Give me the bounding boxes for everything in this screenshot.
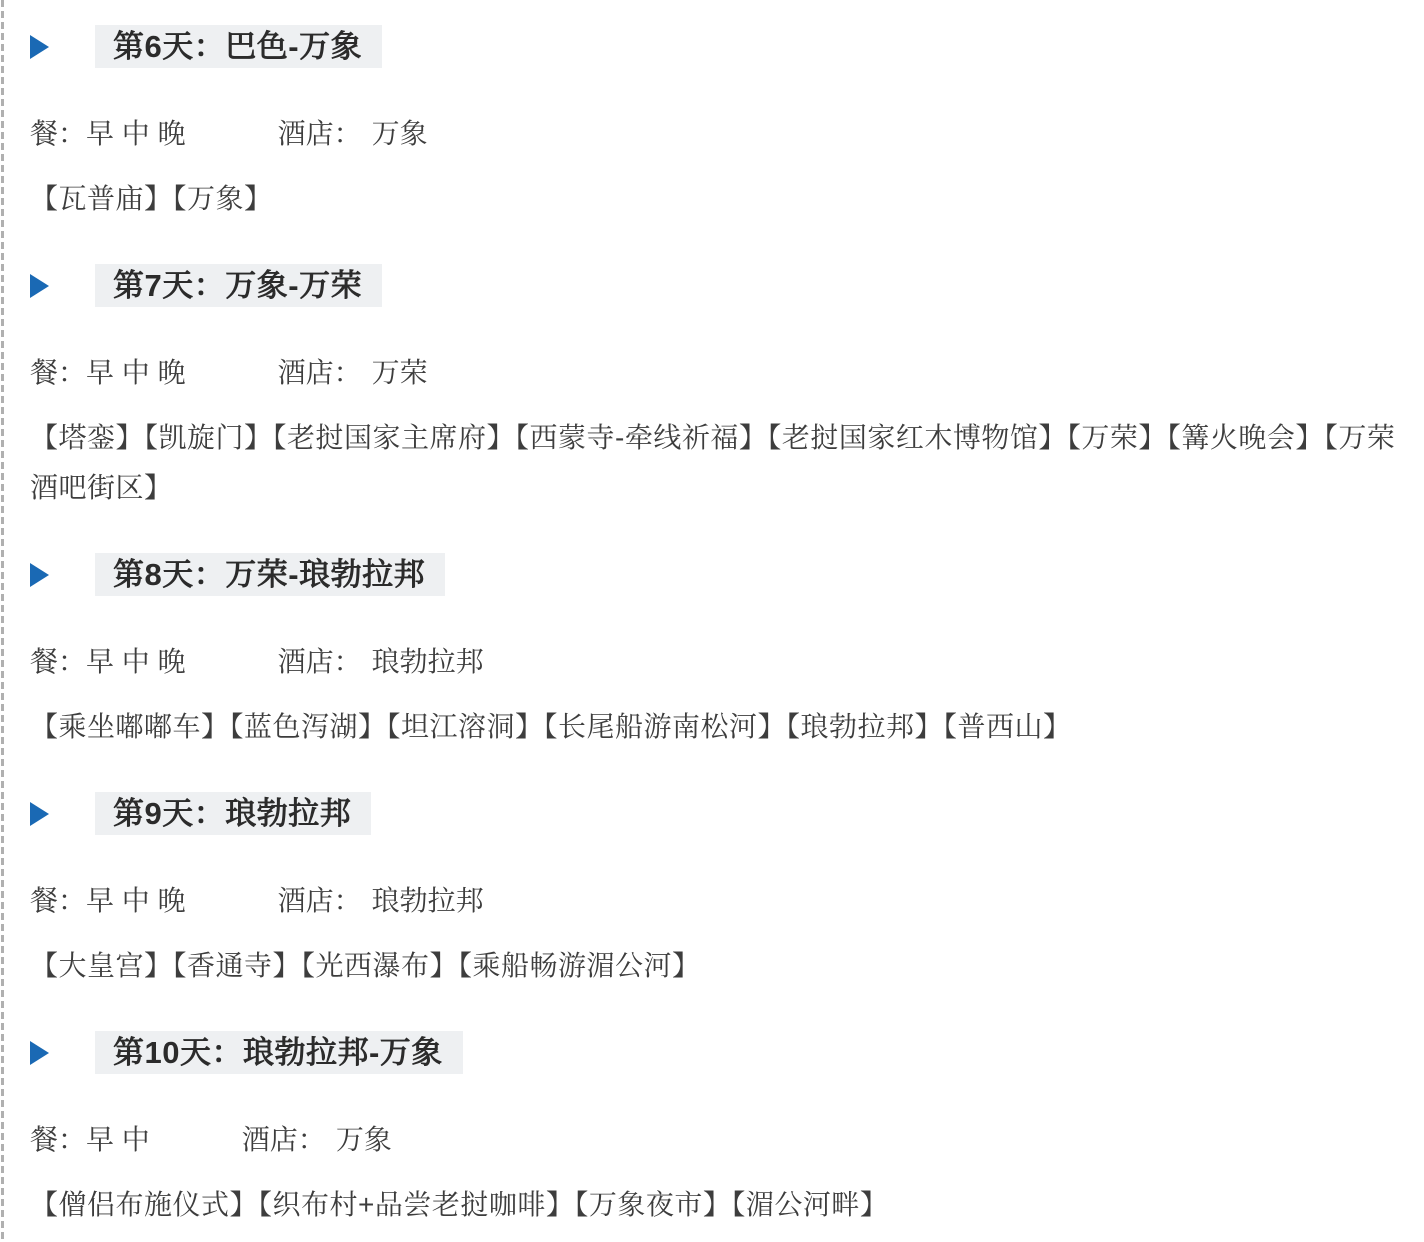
meal-values: 早 中 bbox=[86, 1124, 150, 1155]
play-triangle-icon bbox=[30, 1041, 49, 1065]
meal-values: 早 中 晚 bbox=[86, 646, 186, 677]
day-6-header[interactable]: 第6天：巴色-万象 bbox=[30, 25, 1406, 68]
day-10-meal-hotel-line: 餐：早 中酒店：万象 bbox=[30, 1115, 1406, 1165]
hotel-value: 琅勃拉邦 bbox=[372, 885, 484, 916]
play-triangle-icon bbox=[30, 802, 49, 826]
day-7-header[interactable]: 第7天：万象-万荣 bbox=[30, 264, 1406, 307]
meal-values: 早 中 晚 bbox=[86, 885, 186, 916]
day-8-header[interactable]: 第8天：万荣-琅勃拉邦 bbox=[30, 553, 1406, 596]
day-section-10: 第10天：琅勃拉邦-万象 餐：早 中酒店：万象 【僧侣布施仪式】【织布村+品尝老… bbox=[30, 1031, 1406, 1230]
meal-label: 餐： bbox=[30, 1124, 86, 1155]
day-10-title: 第10天：琅勃拉邦-万象 bbox=[95, 1031, 463, 1074]
hotel-label: 酒店： bbox=[278, 118, 362, 149]
day-6-meal-hotel-line: 餐：早 中 晚酒店：万象 bbox=[30, 109, 1406, 159]
play-triangle-icon bbox=[30, 563, 49, 587]
itinerary-content: 第6天：巴色-万象 餐：早 中 晚酒店：万象 【瓦普庙】【万象】 第7天：万象-… bbox=[0, 0, 1424, 1230]
meal-label: 餐： bbox=[30, 118, 86, 149]
play-triangle-icon bbox=[30, 274, 49, 298]
hotel-value: 万象 bbox=[336, 1124, 392, 1155]
play-triangle-icon bbox=[30, 35, 49, 59]
day-section-6: 第6天：巴色-万象 餐：早 中 晚酒店：万象 【瓦普庙】【万象】 bbox=[30, 25, 1406, 224]
day-8-title: 第8天：万荣-琅勃拉邦 bbox=[95, 553, 445, 596]
meal-values: 早 中 晚 bbox=[86, 357, 186, 388]
dashed-left-border bbox=[1, 0, 4, 1242]
hotel-value: 万荣 bbox=[372, 357, 428, 388]
hotel-value: 万象 bbox=[372, 118, 428, 149]
day-8-meal-hotel-line: 餐：早 中 晚酒店：琅勃拉邦 bbox=[30, 637, 1406, 687]
meal-label: 餐： bbox=[30, 357, 86, 388]
hotel-label: 酒店： bbox=[278, 357, 362, 388]
hotel-label: 酒店： bbox=[242, 1124, 326, 1155]
day-9-attractions: 【大皇宫】【香通寺】【光西瀑布】【乘船畅游湄公河】 bbox=[30, 941, 1406, 991]
day-9-title: 第9天：琅勃拉邦 bbox=[95, 792, 371, 835]
meal-label: 餐： bbox=[30, 885, 86, 916]
day-7-title: 第7天：万象-万荣 bbox=[95, 264, 382, 307]
day-10-header[interactable]: 第10天：琅勃拉邦-万象 bbox=[30, 1031, 1406, 1074]
day-section-7: 第7天：万象-万荣 餐：早 中 晚酒店：万荣 【塔銮】【凯旋门】【老挝国家主席府… bbox=[30, 264, 1406, 513]
day-6-attractions: 【瓦普庙】【万象】 bbox=[30, 174, 1406, 224]
day-8-attractions: 【乘坐嘟嘟车】【蓝色泻湖】【坦江溶洞】【长尾船游南松河】【琅勃拉邦】【普西山】 bbox=[30, 702, 1406, 752]
hotel-label: 酒店： bbox=[278, 646, 362, 677]
hotel-label: 酒店： bbox=[278, 885, 362, 916]
day-section-8: 第8天：万荣-琅勃拉邦 餐：早 中 晚酒店：琅勃拉邦 【乘坐嘟嘟车】【蓝色泻湖】… bbox=[30, 553, 1406, 752]
day-7-attractions: 【塔銮】【凯旋门】【老挝国家主席府】【西蒙寺-牵线祈福】【老挝国家红木博物馆】【… bbox=[30, 413, 1406, 513]
day-9-meal-hotel-line: 餐：早 中 晚酒店：琅勃拉邦 bbox=[30, 876, 1406, 926]
meal-label: 餐： bbox=[30, 646, 86, 677]
day-6-title: 第6天：巴色-万象 bbox=[95, 25, 382, 68]
meal-values: 早 中 晚 bbox=[86, 118, 186, 149]
day-9-header[interactable]: 第9天：琅勃拉邦 bbox=[30, 792, 1406, 835]
day-7-meal-hotel-line: 餐：早 中 晚酒店：万荣 bbox=[30, 348, 1406, 398]
hotel-value: 琅勃拉邦 bbox=[372, 646, 484, 677]
day-section-9: 第9天：琅勃拉邦 餐：早 中 晚酒店：琅勃拉邦 【大皇宫】【香通寺】【光西瀑布】… bbox=[30, 792, 1406, 991]
day-10-attractions: 【僧侣布施仪式】【织布村+品尝老挝咖啡】【万象夜市】【湄公河畔】 bbox=[30, 1180, 1406, 1230]
